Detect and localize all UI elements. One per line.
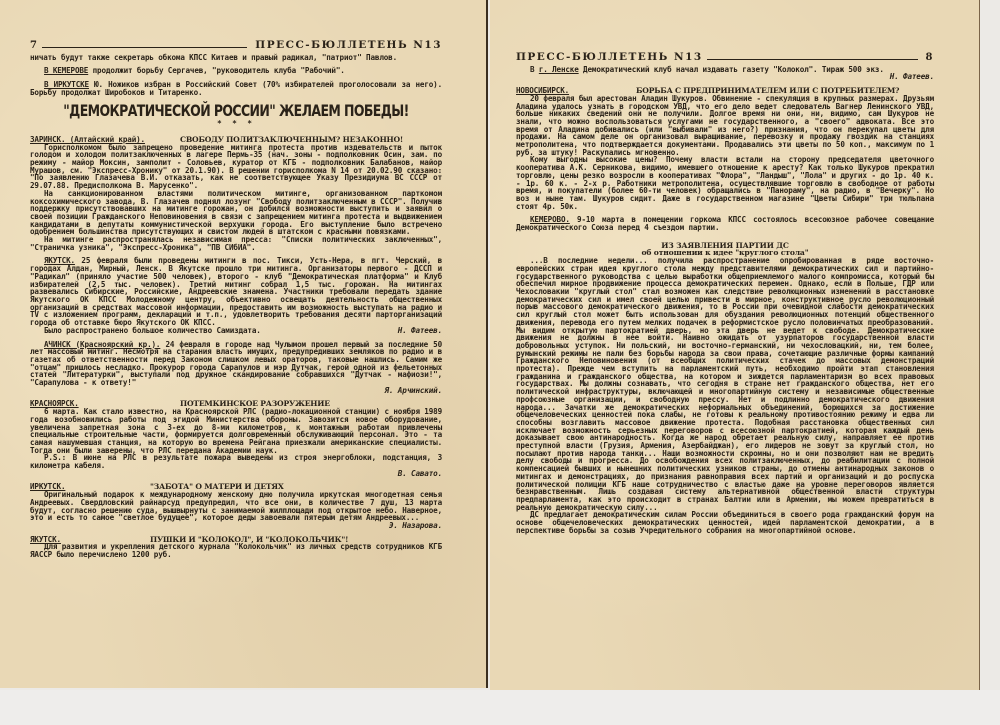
paragraph: 24 февраля в городе над Чулымом прошел п…: [30, 340, 442, 388]
signature: Э. Назарова.: [30, 522, 442, 530]
right-page-content: ПРЕСС-БЮЛЛЕТЕНЬ N13 8 В г. Ленске Демокр…: [516, 54, 934, 540]
paragraph: 6 марта. Как стало известно, на Краснояр…: [30, 408, 442, 454]
paragraph: Было распространено большое количество С…: [30, 327, 442, 335]
article-novosibirsk: НОВОСИБИРСК. БОРЬБА С ПРЕДПРИНИМАТЕЛЕМ И…: [516, 87, 934, 210]
page-header: ПРЕСС-БЮЛЛЕТЕНЬ N13 8: [516, 54, 934, 62]
place-name: В КЕМЕРОВЕ: [44, 66, 88, 75]
article-yakutsk: ЯКУТСК. 25 февраля были проведены митинг…: [30, 257, 442, 334]
intro-text: ничать будут также секретарь обкома КПСС…: [30, 54, 442, 62]
paragraph: Оригинальный подарок к международному же…: [30, 491, 442, 522]
headline: "ДЕМОКРАТИЧЕСКОЙ РОССИИ" ЖЕЛАЕМ ПОБЕДЫ!: [30, 106, 442, 116]
header-rule: [707, 59, 918, 60]
irkutsk-note: В ИРКУТСКЕ Ю. Ножиков избран в Российски…: [30, 81, 442, 96]
page-number: 8: [926, 54, 934, 62]
place-name: г. Ленске: [539, 65, 579, 74]
article-irkutsk: ИРКУТСК. "ЗАБОТА" О МАТЕРИ И ДЕТЯХ Ориги…: [30, 483, 442, 529]
article-krasnoyarsk: КРАСНОЯРСК. ПОТЕМКИНСКОЕ РАЗОРУЖЕНИЕ 6 м…: [30, 400, 442, 477]
kemerovo-note: В КЕМЕРОВЕ продолжит борьбу Сергачев, "р…: [30, 67, 442, 75]
bulletin-title: ПРЕСС-БЮЛЛЕТЕНЬ N13: [516, 54, 703, 62]
separator-stars: * * *: [30, 120, 442, 128]
signature: В. Савато.: [30, 470, 442, 478]
page-number: 7: [30, 42, 38, 50]
lensk-note: В г. Ленске Демократический клуб начал и…: [516, 66, 934, 81]
paragraph: Кому выгодны высокие цены? Почему власти…: [516, 156, 934, 210]
paragraph: ...В последние недели... получила распро…: [516, 257, 934, 511]
article-kemerovo: КЕМЕРОВО. 9-10 марта в помещении горкома…: [516, 216, 934, 231]
left-page-content: 7 ПРЕСС-БЮЛЛЕТЕНЬ N13 ничать будут также…: [30, 42, 442, 565]
header-rule: [42, 47, 247, 48]
ds-statement: ИЗ ЗАЯВЛЕНИЯ ПАРТИИ ДС об отношении к ид…: [516, 242, 934, 535]
left-page: 7 ПРЕСС-БЮЛЛЕТЕНЬ N13 ничать будут также…: [0, 0, 488, 688]
paragraph: 9-10 марта в помещении горкома КПСС сост…: [516, 215, 934, 232]
page-header: 7 ПРЕСС-БЮЛЛЕТЕНЬ N13: [30, 42, 442, 50]
paragraph: Горисполкомом было запрещено проведение …: [30, 144, 442, 190]
article-achinsk: АЧИНСК (Красноярский кр.). 24 февраля в …: [30, 341, 442, 395]
bulletin-title: ПРЕСС-БЮЛЛЕТЕНЬ N13: [255, 42, 442, 50]
article-yakutsk-bells: ЯКУТСК. ПУШКИ И "КОЛОКОЛ", И "КОЛОКОЛЬЧИ…: [30, 536, 442, 559]
paragraph: P.S.: В июне на РЛС в результате пожара …: [30, 454, 442, 469]
paragraph: На санкционированном властями политическ…: [30, 190, 442, 236]
article-zarinsk: ЗАРИНСК. (Алтайский край). СВОБОДУ ПОЛИТ…: [30, 136, 442, 252]
paragraph: ДС предлагает демократическим силам Росс…: [516, 511, 934, 534]
paragraph: На митинге распространялась независимая …: [30, 236, 442, 251]
signature: Н. Фатеев.: [516, 73, 934, 81]
paragraph: Для развития и укрепления детского журна…: [30, 543, 442, 558]
paragraph: 20 февраля был арестован Аладин Шукуров.…: [516, 95, 934, 157]
signature: Я. Арчинский.: [30, 387, 442, 395]
right-page: ПРЕСС-БЮЛЛЕТЕНЬ N13 8 В г. Ленске Демокр…: [490, 0, 980, 690]
paragraph: 25 февраля были проведены митинги в пос.…: [30, 256, 442, 327]
signature: Н. Фатеев.: [384, 327, 442, 335]
scan-background: [0, 690, 1000, 725]
